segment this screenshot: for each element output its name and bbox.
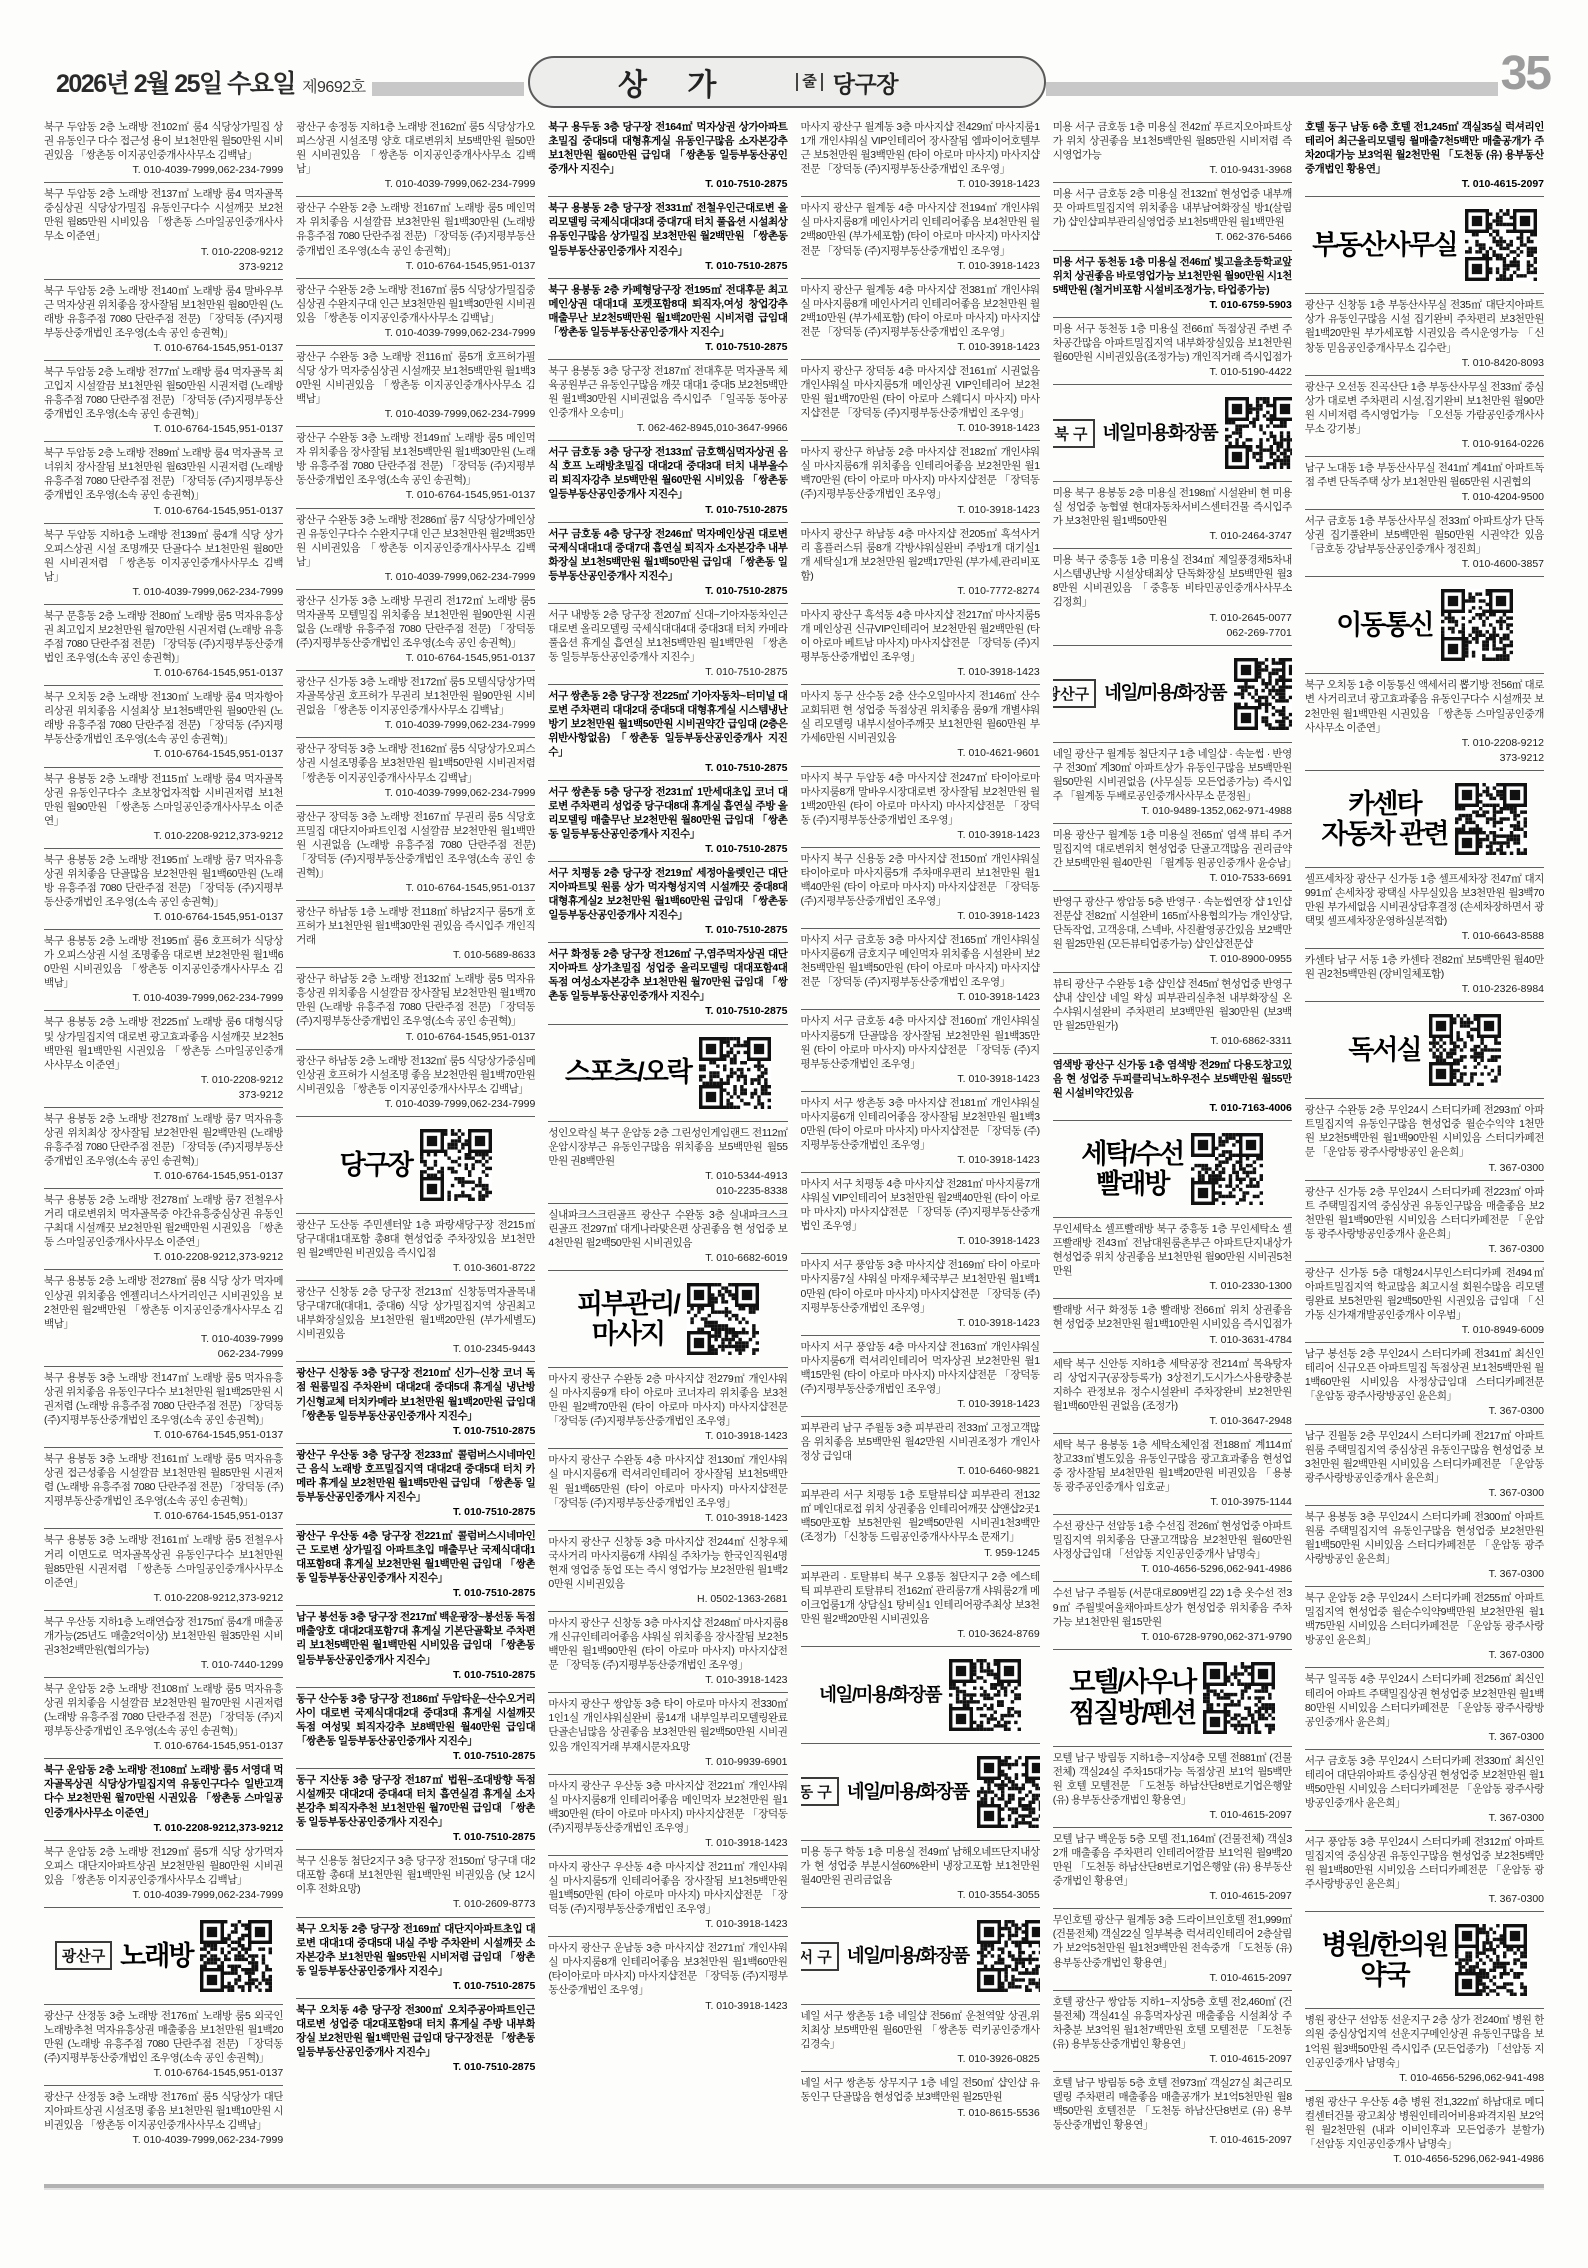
classified-ad: 마사지 광산구 운남동 3층 마사지샵 전271㎡ 개인샤워실 마사지룸8개 인… — [548, 1936, 787, 2017]
classified-ad: 마사지 서구 풍암동 3층 마사지샵 전169㎡ 타이 아로마 마사지룸7실 샤… — [801, 1253, 1040, 1334]
section-header: 서 구네일/미용/화장품 — [801, 1907, 1040, 2004]
section-header-title: 네일/미용/화장품 — [1104, 683, 1226, 704]
classified-ad: 북구 운암동 2층 노래방 전108㎡ 노래방 룸5 서영대 먹자골목상권 식당… — [44, 1758, 283, 1839]
ad-text: 실내파크스크린골프 광산구 수완동 3층 실내파크스크린골프 전297㎡ 대게나… — [548, 1209, 787, 1249]
district-box-label: 광산구 — [55, 1941, 112, 1970]
ad-phone: T. 010-7510-2875 — [548, 1004, 787, 1018]
classified-ad: 광산구 수완동 3층 노래방 전116㎡ 룸5개 호프허가필 식당 상가 먹자중… — [296, 345, 535, 426]
classified-ad: 마사지 광산구 우산동 3층 마사지샵 전221㎡ 개인샤워실 마사지룸8개 인… — [548, 1774, 787, 1855]
ad-text: 광산구 수완동 3층 노래방 전149㎡ 노래방 룸5 메인먹자 위치좋음 장사… — [296, 432, 535, 486]
ad-text: 마사지 광산구 수완동 4층 마사지샵 전130㎡ 개인샤워실 마시지룸6개 럭… — [548, 1454, 787, 1508]
ad-text: 북구 용두동 3층 당구장 전164㎡ 먹자상권 상가아파트초밀집 중대5대 대… — [548, 121, 787, 175]
qr-code-icon — [977, 1920, 1040, 1992]
column-2: 광산구 송정동 지하1층 노래방 전162㎡ 룸5 식당상가오피스상권 시설조명… — [296, 116, 535, 2178]
ad-text: 무인호텔 광산구 월계동 3층 드라이브인호텔 전1,999㎡ (건물전체) 객… — [1053, 1914, 1292, 1968]
qr-code-icon — [1234, 658, 1292, 730]
classified-ad: 세탁 북구 용봉동 1층 세탁소체인점 전188㎡ 계114㎡ 창고33㎡별도있… — [1053, 1433, 1292, 1514]
qr-code-icon — [1455, 1924, 1527, 1996]
section-header-title: 병원/한의원약국 — [1321, 1930, 1447, 1990]
ad-text: 서구 금호동 3층 무인24시 스터디카페 전330㎡ 최신인테리어 대단위아파… — [1305, 1755, 1544, 1809]
ad-text: 미용 서구 동천동 1층 미용실 전46㎡ 빛고을초등학교앞 위치 상권좋음 바… — [1053, 256, 1292, 296]
ad-text: 셀프세차장 광산구 신가동 1층 셀프세차장 전47㎡ 대지991㎡ 손세차장 … — [1305, 873, 1544, 927]
ad-text: 호텔 남구 방림동 5층 호텔 전973㎡ 객실27실 최근리모델링 주차편리 … — [1053, 2077, 1292, 2131]
classified-ad: 빨래방 서구 화정동 1층 빨래방 전66㎡ 위치 상권좋음 현 성업중 보2천… — [1053, 1298, 1292, 1351]
classified-ad: 북구 오치동 1층 이동통신 액세서리 뽑기방 전56㎡ 대로변 사거리코너 광… — [1305, 673, 1544, 769]
ad-text: 광산구 장덕동 3층 노래방 전167㎡ 무권리 룸5 식당호프밀집 대단지아파… — [296, 811, 535, 879]
qr-code-icon — [1429, 1014, 1501, 1086]
section-header-title: 스포츠/오락 — [565, 1057, 691, 1087]
ad-phone: T. 010-9939-6901 — [548, 1755, 787, 1769]
masthead-rule-left — [372, 82, 524, 96]
classified-ad: 북구 용봉동 2층 노래방 전115㎡ 노래방 룸4 먹자골목상권 유동인구다수… — [44, 767, 283, 848]
qr-code-icon — [420, 1129, 492, 1201]
ad-phone: T. 010-4039-7999,062-234-7999 — [44, 991, 283, 1005]
ad-phone: T. 010-4039-7999,062-234-7999 — [44, 2133, 283, 2147]
ad-phone: T. 367-0300 — [1305, 1404, 1544, 1418]
ad-phone: T. 010-3918-1423 — [801, 828, 1040, 842]
ad-text: 마사지 광산구 우산동 3층 마사지샵 전221㎡ 개인샤워실 마사지룸8개 인… — [548, 1780, 787, 1834]
ad-text: 무인세탁소 셀프빨래방 북구 중흥동 1층 무인세탁소 셀프빨래방 전43㎡ 전… — [1053, 1223, 1292, 1277]
section-header-title: 세탁/수선빨래방 — [1081, 1139, 1183, 1199]
qr-code-icon — [1191, 1133, 1263, 1205]
classified-ad: 마사지 서구 풍암동 4층 마사지샵 전163㎡ 개인샤워실 마사지룸6개 럭셔… — [801, 1335, 1040, 1416]
ad-phone: T. 010-4615-2097 — [1053, 1808, 1292, 1822]
ad-text: 마사지 서구 풍암동 3층 마사지샵 전169㎡ 타이 아로마 마사지룸7실 샤… — [801, 1259, 1040, 1313]
ad-phone: T. 010-6764-1545,951-0137 — [44, 422, 283, 436]
classified-ad: 미용 북구 중흥동 1층 미용실 전34㎡ 제일풍경채5차내 시스템냉난방 시설… — [1053, 548, 1292, 644]
ad-phone: T. 010-3918-1423 — [548, 1673, 787, 1687]
ad-phone: T. 010-2345-9443 — [296, 1342, 535, 1356]
ad-phone: T. 010-3918-1423 — [801, 177, 1040, 191]
classified-ad: 남구 봉선동 3층 당구장 전217㎡ 백운광장~봉선동 독점 매출양호 대대2… — [296, 1605, 535, 1686]
ad-phone: T. 010-3918-1423 — [548, 1429, 787, 1443]
ad-phone: T. 010-6764-1545,951-0137 — [44, 2066, 283, 2080]
ad-text: 북구 용봉동 2층 노래방 전225㎡ 노래방 룸6 대형식당 및 상가밀집지역… — [44, 1016, 283, 1070]
ad-text: 광산구 수완동 2층 무인24시 스터디카페 전293㎡ 아파트밀집지역 유동인… — [1305, 1104, 1544, 1158]
ad-phone: T. 010-6643-8588 — [1305, 929, 1544, 943]
ad-text: 북구 용봉동 2층 당구장 전331㎡ 전철우인근대로변 올리모델링 국제식대대… — [548, 202, 787, 256]
ad-text: 모텔 남구 백운동 5층 모텔 전1,164㎡ (건물전체) 객실32개 매출좋… — [1053, 1833, 1292, 1887]
classified-ad: 호텔 남구 방림동 5층 호텔 전973㎡ 객실27실 최근리모델링 주차편리 … — [1053, 2071, 1292, 2152]
column-1: 북구 두암동 2층 노래방 전102㎡ 룸4 식당상가밀집 상권 유동인구 다수… — [44, 116, 283, 2178]
ad-phone: T. 367-0300 — [1305, 1892, 1544, 1906]
classified-ad: 광산구 신창동 3층 당구장 전210㎡ 신가~신창 코너 독점 원룸밀집 주차… — [296, 1361, 535, 1442]
section-header: 카센타자동차 관련 — [1305, 770, 1544, 867]
ad-phone: T. 010-3918-1423 — [548, 1917, 787, 1931]
issue-number: 제9692호 — [302, 79, 366, 96]
classified-ad: 광산구 우산동 3층 당구장 전233㎡ 콜럼버스시네마인근 음식 노래방 호프… — [296, 1443, 535, 1524]
ad-phone: T. 010-7510-2875 — [548, 584, 787, 598]
ad-phone: T. 010-6764-1545,951-0137 — [44, 1739, 283, 1753]
ad-text: 광산구 신가동 2층 무인24시 스터디카페 전223㎡ 아파트 주택밀집지역 … — [1305, 1186, 1544, 1240]
qr-code-icon — [1455, 783, 1527, 855]
ad-text: 북구 용봉동 2층 노래방 전278㎡ 노래방 룸7 먹자유흥상권 위치최상 장… — [44, 1113, 283, 1167]
ad-text: 광산구 도산동 주민센터앞 1층 파랑새당구장 전215㎡ 당구대대1대포함 총… — [296, 1219, 535, 1259]
ad-text: 북구 용봉동 2층 노래방 전195㎡ 룸6 호프허가 식당상가 오피스상권 시… — [44, 935, 283, 989]
section-header-title: 부동산사무실 — [1312, 230, 1457, 260]
page-number: 35 — [1501, 46, 1550, 101]
classified-ad: 광산구 장덕동 3층 노래방 전167㎡ 무권리 룸5 식당호프밀집 대단지아파… — [296, 805, 535, 900]
classified-ad: 네일 광산구 월계동 첨단지구 1층 네일샵 · 속눈썹 · 반영구 전30㎡ … — [1053, 742, 1292, 823]
classified-ad: 북구 용봉동 3층 무인24시 스터디카페 전300㎡ 아파트 원룸 주택밀집지… — [1305, 1505, 1544, 1586]
classified-ad: 북구 두암동 2층 노래방 전77㎡ 노래방 룸4 먹자골목 최고입지 시설깔끔… — [44, 360, 283, 441]
ad-phone: T. 010-3918-1423 — [548, 1999, 787, 2013]
ad-text: 마사지 서구 금호동 3층 마사지샵 전165㎡ 개인샤워실 마사지룸6개 금호… — [801, 934, 1040, 988]
classified-ad: 피부관리 남구 주월동 3층 피부관리 전33㎡ 고정고객많음 위치좋음 보5백… — [801, 1416, 1040, 1483]
classified-ad: 마사지 서구 쌍촌동 3층 마사지샵 전181㎡ 개인샤워실 마사지룸6개 인테… — [801, 1091, 1040, 1172]
classified-ad: 동구 산수동 3층 당구장 전186㎡ 두암타운~산수오거리사이 대로변 국제식… — [296, 1687, 535, 1768]
ad-phone: T. 010-7533-6691 — [1053, 871, 1292, 885]
classified-ad: 무인호텔 광산구 월계동 3층 드라이브인호텔 전1,999㎡ (건물전체) 객… — [1053, 1908, 1292, 1989]
section-header: 부동산사무실 — [1305, 196, 1544, 293]
classified-ad: 마사지 광산구 월계동 4층 마사지샵 전194㎡ 개인샤워실 마사지룸8개 메… — [801, 196, 1040, 277]
classified-ad: 반영구 광산구 쌍암동 5층 반영구 · 속눈썹연장 샵 1인샵전문샵 전82㎡… — [1053, 890, 1292, 971]
ad-phone-secondary: 062-269-7701 — [1053, 626, 1292, 640]
classified-ad: 북구 두암동 2층 노래방 전89㎡ 노래방 룸4 먹자골목 코너위치 장사잘됨… — [44, 441, 283, 522]
ad-text: 성인오락실 북구 운암동 2층 그린성인게임랜드 전112㎡ 운암시장부근 유동… — [548, 1127, 787, 1167]
ad-phone: T. 010-3926-0825 — [801, 2052, 1040, 2066]
ad-text: 북구 두암동 2층 노래방 전140㎡ 노래방 룸4 말바우부근 먹자상권 위치… — [44, 285, 283, 339]
ad-text: 남구 노대동 1층 부동산사무실 전41㎡ 계41㎡ 아파트독점 주변 단독주택… — [1305, 462, 1544, 488]
classified-ad: 광산구 하남동 2층 노래방 전132㎡ 룸5 식당상가중심메인상권 호프허가 … — [296, 1049, 535, 1116]
ad-text: 북구 용봉동 2층 노래방 전278㎡ 노래방 룸7 전철우사거리 대로변위치 … — [44, 1194, 283, 1248]
ad-text: 북구 두암동 2층 노래방 전89㎡ 노래방 룸4 먹자골목 코너위치 장사잘됨… — [44, 447, 283, 501]
ad-phone: T. 010-4615-2097 — [1053, 1889, 1292, 1903]
ad-phone: T. 010-8900-0955 — [1053, 952, 1292, 966]
ad-phone: T. 010-7510-2875 — [548, 177, 787, 191]
ad-phone: T. 010-8615-5536 — [801, 2106, 1040, 2120]
ad-text: 북구 용봉동 3층 무인24시 스터디카페 전300㎡ 아파트 원룸 주택밀집지… — [1305, 1511, 1544, 1565]
classified-ad: 광산구 우산동 4층 당구장 전221㎡ 콜럼버스시네마인근 도로변 상가밀집 … — [296, 1524, 535, 1605]
date-line: 2026년 2월 25일 수요일제9692호 — [56, 64, 366, 100]
classified-ad: 미용 북구 용봉동 2층 미용실 전198㎡ 시설완비 현 미용실 성업중 농협… — [1053, 481, 1292, 548]
classified-ad: 서구 풍암동 3층 무인24시 스터디카페 전312㎡ 아파트밀집지역 중심상권… — [1305, 1830, 1544, 1911]
district-box-label: 동 구 — [801, 1777, 839, 1806]
ad-phone: T. 010-7510-2875 — [296, 1424, 535, 1438]
ad-phone: T. 010-3918-1423 — [801, 340, 1040, 354]
ad-phone: T. 010-4039-7999 — [44, 1332, 283, 1346]
ad-text: 동구 산수동 3층 당구장 전186㎡ 두암타운~산수오거리사이 대로변 국제식… — [296, 1693, 535, 1747]
classified-ad: 북구 오치동 2층 당구장 전169㎡ 대단지아파트초입 대로변 대대1대 중대… — [296, 1917, 535, 1998]
ad-text: 광산구 신가동 5층 대형24시무인스터디카페 전494㎡ 아파트밀집지역 학교… — [1305, 1267, 1544, 1321]
ad-phone: T. 010-3647-2948 — [1053, 1414, 1292, 1428]
ad-text: 미용 광산구 월계동 1층 미용실 전65㎡ 염색 뷰티 주거밀집지역 대로변위… — [1053, 829, 1292, 869]
classified-ad: 광산구 수완동 2층 노래방 전167㎡ 룸5 식당상가밀집중심상권 수완지구대… — [296, 278, 535, 345]
ad-text: 마사지 서구 금호동 4층 마사지샵 전160㎡ 개인샤워실 마사지룸5개 단골… — [801, 1015, 1040, 1069]
ad-text: 호텔 동구 남동 6층 호텔 전1,245㎡ 객실35실 럭셔리인테리어 최근올… — [1305, 121, 1544, 175]
classified-ad: 셀프세차장 광산구 신가동 1층 셀프세차장 전47㎡ 대지991㎡ 손세차장 … — [1305, 867, 1544, 948]
ad-phone: T. 010-6728-9790,062-371-9790 — [1053, 1630, 1292, 1644]
section-header-title: 네일/미용/화장품 — [847, 1782, 969, 1803]
section-header-title: 노래방 — [120, 1941, 192, 1971]
ad-text: 서구 치평동 2층 당구장 전219㎡ 세정아울렛인근 대단지아파트및 원룸 상… — [548, 867, 787, 921]
ad-phone: T. 010-7163-4006 — [1053, 1101, 1292, 1115]
ad-phone: T. 010-7510-2875 — [296, 1505, 535, 1519]
ad-text: 남구 진월동 2층 무인24시 스터디카페 전217㎡ 아파트 원룸 주택밀집지… — [1305, 1430, 1544, 1484]
classified-ad: 마사지 북구 신용동 2층 마사지샵 전150㎡ 개인샤워실 타이아로마 마사지… — [801, 847, 1040, 928]
classified-ad: 북구 용두동 3층 당구장 전164㎡ 먹자상권 상가아파트초밀집 중대5대 대… — [548, 116, 787, 196]
ad-phone: T. 010-3918-1423 — [548, 1511, 787, 1525]
classified-ad: 마사지 광산구 수완동 4층 마사지샵 전130㎡ 개인샤워실 마시지룸6개 럭… — [548, 1448, 787, 1529]
classified-ad: 병원 광산구 우산동 4층 병원 전1,322㎡ 하남대로 메디컬센터건물 광고… — [1305, 2090, 1544, 2171]
ad-phone: T. 010-4600-3857 — [1305, 557, 1544, 571]
ad-phone: T. 010-4039-7999,062-234-7999 — [44, 585, 283, 599]
ad-phone: T. 010-4656-5296,062-941-4986 — [1053, 1562, 1292, 1576]
ad-phone: T. 010-8420-8093 — [1305, 356, 1544, 370]
section-header: 세탁/수선빨래방 — [1053, 1120, 1292, 1217]
ad-text: 북구 용봉동 2층 노래방 전195㎡ 노래방 룸7 먹자유흥상권 위치좋음 단… — [44, 854, 283, 908]
ad-phone: T. 010-4656-5296,062-941-498 — [1305, 2071, 1544, 2085]
ad-phone: T. 010-4615-2097 — [1305, 177, 1544, 191]
classified-ad: 광산구 하남동 1층 노래방 전118㎡ 하남2지구 룸5개 호프허가 보1천만… — [296, 900, 535, 967]
classified-ad: 광산구 수완동 2층 노래방 전167㎡ 노래방 룸5 메인먹자 위치좋음 시설… — [296, 196, 535, 277]
ad-phone: T. 010-2208-9212 — [44, 245, 283, 259]
classified-ad: 마사지 광산구 우산동 4층 마사지샵 전211㎡ 개인샤워실 마사지룸5개 인… — [548, 1855, 787, 1936]
ad-phone: T. 010-3918-1423 — [801, 665, 1040, 679]
ad-phone: T. 010-2208-9212,373-9212 — [44, 1821, 283, 1835]
ad-text: 광산구 하남동 2층 노래방 전132㎡ 노래방 룸5 먹자유흥상권 위치좋음 … — [296, 973, 535, 1027]
section-header: 이동통신 — [1305, 576, 1544, 673]
ad-text: 광산구 신가동 3층 노래방 무권리 전172㎡ 노래방 룸5 먹자골목 모텔밀… — [296, 595, 535, 649]
classified-ad: 무인세탁소 셀프빨래방 북구 중흥동 1층 무인세탁소 셀프빨래방 전43㎡ 전… — [1053, 1217, 1292, 1298]
classified-ad: 북구 오치동 2층 노래방 전130㎡ 노래방 룸4 먹자항아리상권 위치좋음 … — [44, 685, 283, 766]
classified-ad: 실내파크스크린골프 광산구 수완동 3층 실내파크스크린골프 전297㎡ 대게나… — [548, 1203, 787, 1270]
ad-phone: T. 010-2464-3747 — [1053, 529, 1292, 543]
ad-text: 광산구 우산동 4층 당구장 전221㎡ 콜럼버스시네마인근 도로변 상가밀집 … — [296, 1530, 535, 1584]
ad-text: 북구 운암동 2층 노래방 전108㎡ 노래방 룸5 먹자유흥상권 위치좋음 시… — [44, 1683, 283, 1737]
ad-text: 북구 오치동 2층 당구장 전169㎡ 대단지아파트초입 대로변 대대1대 중대… — [296, 1923, 535, 1977]
ad-phone: T. 010-4621-9601 — [801, 746, 1040, 760]
ad-phone: T. 367-0300 — [1305, 1811, 1544, 1825]
ad-phone: T. 010-9164-0226 — [1305, 437, 1544, 451]
ad-text: 북구 두암동 2층 노래방 전77㎡ 노래방 룸4 먹자골목 최고입지 시설깔끔… — [44, 366, 283, 420]
ad-text: 미용 북구 중흥동 1층 미용실 전34㎡ 제일풍경채5차내 시스템냉난방 시설… — [1053, 554, 1292, 608]
ad-text: 네일 광산구 월계동 첨단지구 1층 네일샵 · 속눈썹 · 반영구 전30㎡ … — [1053, 748, 1292, 802]
classified-ad: 서구 금호동 1층 부동산사무실 전33㎡ 아파트상가 단독상권 집기풀완비 보… — [1305, 509, 1544, 576]
classified-ad: 광산구 수완동 2층 무인24시 스터디카페 전293㎡ 아파트밀집지역 유동인… — [1305, 1098, 1544, 1179]
ad-text: 미용 동구 학동 1층 미용실 전49㎡ 남해오네뜨단지내상가 현 성업중 부분… — [801, 1846, 1040, 1886]
section-header: 독서실 — [1305, 1001, 1544, 1098]
ad-phone: T. 010-4039-7999,062-234-7999 — [44, 1888, 283, 1902]
ad-text: 마사지 북구 두암동 4층 마사지샵 전247㎡ 타이아로마 마사지룸8개 말바… — [801, 772, 1040, 826]
ad-phone: T. 010-7510-2875 — [296, 1979, 535, 1993]
ad-text: 마사지 광산구 월계동 4층 마사지샵 전381㎡ 개인샤워실 마사지룸8개 메… — [801, 284, 1040, 338]
ad-text: 네일 서구 쌍촌동 상무지구 1층 네일 전50㎡ 샵인샵 유동인구 단골많음 … — [801, 2077, 1040, 2103]
ad-phone: T. 010-4615-2097 — [1053, 2052, 1292, 2066]
ad-phone: T. 010-3918-1423 — [801, 909, 1040, 923]
ad-phone: T. 010-6764-1545,951-0137 — [296, 881, 535, 895]
ad-text: 북구 오치동 1층 이동통신 액세서리 뽑기방 전56㎡ 대로변 사거리코너 광… — [1305, 679, 1544, 733]
ad-phone: T. 010-3624-8769 — [801, 1627, 1040, 1641]
ad-text: 마사지 서구 쌍촌동 3층 마사지샵 전181㎡ 개인샤워실 마사지룸6개 인테… — [801, 1097, 1040, 1151]
ad-phone: T. 010-9431-3968 — [1053, 163, 1292, 177]
ad-text: 북구 용봉동 2층 노래방 전278㎡ 룸8 식당 상가 먹자메인상권 위치좋음… — [44, 1275, 283, 1329]
ad-phone: T. 367-0300 — [1305, 1730, 1544, 1744]
ad-text: 수선 남구 주월동 (서문대로809번길 22) 1층 옷수선 전39㎡ 주월빛… — [1053, 1587, 1292, 1627]
ad-text: 피부관리 · 토탈뷰티 북구 오룡동 첨단지구 2층 에스테틱 피부관리 토탈뷰… — [801, 1571, 1040, 1625]
ad-text: 북구 문흥동 2층 노래방 전80㎡ 노래방 룸5 먹자유흥상권 최고입지 보2… — [44, 610, 283, 664]
ad-phone: T. 010-7510-2875 — [548, 259, 787, 273]
classified-ad: 북구 용봉동 2층 당구장 전331㎡ 전철우인근대로변 올리모델링 국제식대대… — [548, 196, 787, 277]
ad-phone: T. 010-4204-9500 — [1305, 490, 1544, 504]
classified-ad: 북구 운암동 2층 노래방 전129㎡ 룸5개 식당 상가먹자 오피스 대단지아… — [44, 1840, 283, 1907]
ad-text: 서구 금호동 1층 부동산사무실 전33㎡ 아파트상가 단독상권 집기풀완비 보… — [1305, 515, 1544, 555]
ad-phone: T. 010-4615-2097 — [1053, 1971, 1292, 1985]
ad-phone: T. 010-2208-9212,373-9212 — [44, 1250, 283, 1264]
ad-phone: T. 010-6764-1545,951-0137 — [44, 1169, 283, 1183]
ad-text: 미용 북구 용봉동 2층 미용실 전198㎡ 시설완비 현 미용실 성업중 농협… — [1053, 487, 1292, 527]
ad-text: 광산구 신창동 3층 당구장 전210㎡ 신가~신창 코너 독점 원룸밀집 주차… — [296, 1367, 535, 1421]
ad-phone: T. 010-5689-8633 — [296, 948, 535, 962]
classified-ad: 서구 금호동 4층 당구장 전246㎡ 먹자메인상권 대로변 국제식대대1대 중… — [548, 522, 787, 603]
classified-ad: 피부관리 서구 치평동 1층 토탈뷰티샵 피부관리 전132㎡ 메인대로접 위치… — [801, 1483, 1040, 1564]
ad-phone: T. 010-3975-1144 — [1053, 1495, 1292, 1509]
classified-ad: 병원 광산구 선암동 선운지구 2층 상가 전240㎡ 병원 한의원 중심상업지… — [1305, 2008, 1544, 2089]
qr-code-icon — [200, 1920, 272, 1992]
ad-phone: T. 010-8949-6009 — [1305, 1323, 1544, 1337]
ad-phone: T. 010-3918-1423 — [801, 503, 1040, 517]
classified-columns: 북구 두암동 2층 노래방 전102㎡ 룸4 식당상가밀집 상권 유동인구 다수… — [44, 116, 1544, 2178]
section-header-title: 카센타자동차 관련 — [1321, 789, 1447, 849]
classified-ad: 미용 광산구 월계동 1층 미용실 전65㎡ 염색 뷰티 주거밀집지역 대로변위… — [1053, 823, 1292, 890]
ad-phone: T. 010-5190-4422 — [1053, 365, 1292, 379]
classified-ad: 북구 용봉동 2층 노래방 전195㎡ 노래방 룸7 먹자유흥상권 위치좋음 단… — [44, 848, 283, 929]
ad-phone: T. 010-7510-2875 — [296, 1586, 535, 1600]
ad-text: 호텔 광산구 쌍암동 지하1~지상5층 호텔 전2,460㎡ (건물전체) 객실… — [1053, 1996, 1292, 2050]
ad-text: 뷰티 광산구 수완동 1층 샵인샵 전45㎡ 현성업중 반영구샵내 샵인샵 네일… — [1053, 978, 1292, 1032]
classified-ad: 남구 진월동 2층 무인24시 스터디카페 전217㎡ 아파트 원룸 주택밀집지… — [1305, 1424, 1544, 1505]
ad-phone: T. 367-0300 — [1305, 1567, 1544, 1581]
ad-text: 북구 운암동 2층 노래방 전108㎡ 노래방 룸5 서영대 먹자골목상권 식당… — [44, 1764, 283, 1818]
ad-text: 마사지 동구 산수동 2층 산수오일마사지 전146㎡ 산수교회뒤편 현 성업중… — [801, 690, 1040, 744]
classified-ad: 마사지 광산구 하남동 2층 마사지샵 전182㎡ 개인샤워실 마사지룸6개 위… — [801, 440, 1040, 521]
section-title: 상 가 — [618, 60, 732, 104]
ad-text: 광산구 수완동 2층 노래방 전167㎡ 룸5 식당상가밀집중심상권 수완지구대… — [296, 284, 535, 324]
ad-text: 북구 운암동 2층 노래방 전129㎡ 룸5개 식당 상가먹자 오피스 대단지아… — [44, 1846, 283, 1886]
classified-ad: 네일 서구 쌍촌동 1층 네일샵 전56㎡ 운천역앞 상권,위치최상 보5백만원… — [801, 2004, 1040, 2071]
section-header: 피부관리/마사지 — [548, 1270, 787, 1367]
classified-ad: 북구 용봉동 3층 노래방 전147㎡ 노래방 룸5 먹자유흥상권 위치좋음 유… — [44, 1366, 283, 1447]
ad-phone: T. 010-6764-1545,951-0137 — [296, 1030, 535, 1044]
classified-ad: 염색방 광산구 신가동 1층 염색방 전29㎡ 다용도창고있음 현 성업중 두피… — [1053, 1053, 1292, 1120]
ad-phone: T. 010-3918-1423 — [548, 1836, 787, 1850]
classified-ad: 카센타 남구 서동 1층 카센타 전82㎡ 보5백만원 월40만원 권2천5백만… — [1305, 948, 1544, 1001]
ad-phone: T. 010-7510-2875 — [548, 761, 787, 775]
ad-phone: T. 010-7510-2875 — [548, 340, 787, 354]
section-header: 스포츠/오락 — [548, 1024, 787, 1121]
ad-phone: T. 010-6764-1545,951-0137 — [296, 488, 535, 502]
ad-phone: T. 010-4615-2097 — [1053, 2133, 1292, 2147]
section-header: 광산구네일/미용/화장품 — [1053, 645, 1292, 742]
ad-phone: T. 010-4039-7999,062-234-7999 — [296, 177, 535, 191]
ad-text: 광산구 신창동 2층 당구장 전213㎡ 신창동먹자골목내 당구대7대(대대1,… — [296, 1286, 535, 1340]
qr-code-icon — [949, 1659, 1021, 1731]
classified-ad: 서구 금호동 3층 무인24시 스터디카페 전330㎡ 최신인테리어 대단위아파… — [1305, 1749, 1544, 1830]
classified-ad: 호텔 동구 남동 6층 호텔 전1,245㎡ 객실35실 럭셔리인테리어 최근올… — [1305, 116, 1544, 196]
section-header-title: 네일미용화장품 — [1103, 423, 1218, 444]
section-header: 병원/한의원약국 — [1305, 1911, 1544, 2008]
classified-ad: 광산구 장덕동 3층 노래방 전162㎡ 룸5 식당상가오피스상권 시설조명좋음… — [296, 737, 535, 804]
classified-ad: 북구 두암동 지하1층 노래방 전139㎡ 룸4개 식당 상가 오피스상권 시설… — [44, 523, 283, 604]
classified-ad: 북구 용봉동 3층 노래방 전161㎡ 노래방 룸5 전철우사거리 이면도로 먹… — [44, 1528, 283, 1609]
ad-phone: T. 010-3631-4784 — [1053, 1333, 1292, 1347]
ad-phone: T. 367-0300 — [1305, 1242, 1544, 1256]
classified-ad: 마사지 광산구 쌍암동 3층 타이 아로마 마사지 전330㎡ 1인1실 개인샤… — [548, 1692, 787, 1773]
ad-phone: T. 010-6862-3311 — [1053, 1034, 1292, 1048]
ad-text: 반영구 광산구 쌍암동 5층 반영구 · 속눈썹연장 샵 1인샵전문샵 전82㎡… — [1053, 896, 1292, 950]
ad-text: 마사지 광산구 하남동 4층 마사지샵 전205㎡ 흑석사거리 홈플러스뒤 룸8… — [801, 528, 1040, 582]
qr-code-icon — [1203, 1662, 1275, 1734]
ad-text: 마사지 광산구 흑석동 4층 마사지샵 전217㎡ 마사지룸5개 메인상권 신규… — [801, 609, 1040, 663]
ad-phone: H. 0502-1363-2681 — [548, 1592, 787, 1606]
classified-ad: 뷰티 광산구 수완동 1층 샵인샵 전45㎡ 현성업중 반영구샵내 샵인샵 네일… — [1053, 972, 1292, 1053]
ad-phone: T. 010-2208-9212 — [44, 1073, 283, 1087]
column-6: 호텔 동구 남동 6층 호텔 전1,245㎡ 객실35실 럭셔리인테리어 최근올… — [1305, 116, 1544, 2178]
ad-text: 마사지 북구 신용동 2층 마사지샵 전150㎡ 개인샤워실 타이아로마 마사지… — [801, 853, 1040, 907]
classified-ad: 북구 일곡동 4층 무인24시 스터디카페 전256㎡ 최신인테리어 아파트 주… — [1305, 1667, 1544, 1748]
classified-ad: 북구 두암동 2층 노래방 전102㎡ 룸4 식당상가밀집 상권 유동인구 다수… — [44, 116, 283, 182]
ad-text: 마사지 광산구 하남동 2층 마사지샵 전182㎡ 개인샤워실 마사지룸6개 위… — [801, 446, 1040, 500]
classified-ad: 광산구 신가동 3층 노래방 무권리 전172㎡ 노래방 룸5 먹자골목 모텔밀… — [296, 589, 535, 670]
ad-phone: T. 367-0300 — [1305, 1648, 1544, 1662]
classified-ad: 마사지 광산구 신창동 3층 마사지샵 전248㎡ 마사지룸8개 신규인테리어좋… — [548, 1611, 787, 1692]
classified-ad: 서구 금호동 3층 당구장 전133㎡ 금호핵심먹자상권 음식 호프 노래방초밀… — [548, 440, 787, 521]
ad-text: 광산구 하남동 1층 노래방 전118㎡ 하남2지구 룸5개 호프허가 보1천만… — [296, 906, 535, 946]
ad-text: 광산구 하남동 2층 노래방 전132㎡ 룸5 식당상가중심메인상권 호프허가 … — [296, 1055, 535, 1095]
ad-phone: T. 010-6764-1545,951-0137 — [44, 666, 283, 680]
date-text: 2026년 2월 25일 수요일 — [56, 70, 295, 98]
ad-text: 마사지 광산구 장덕동 4층 마사지샵 전161㎡ 시권없음 개인샤워실 마사지… — [801, 365, 1040, 419]
ad-phone: T. 367-0300 — [1305, 1486, 1544, 1500]
ad-phone: T. 010-7510-2875 — [296, 1749, 535, 1763]
classified-ad: 마사지 광산구 월계동 4층 마사지샵 전381㎡ 개인샤워실 마사지룸8개 메… — [801, 278, 1040, 359]
ad-phone-secondary: 373-9212 — [44, 1088, 283, 1102]
ad-text: 미용 서구 금호동 1층 미용실 전42㎡ 푸르지오아파트상가 위치 상권좋음 … — [1053, 121, 1292, 161]
ad-text: 광산구 송정동 지하1층 노래방 전162㎡ 룸5 식당상가오피스상권 시설조명… — [296, 121, 535, 175]
ad-text: 마사지 광산구 월계동 4층 마사지샵 전194㎡ 개인샤워실 마사지룸8개 메… — [801, 202, 1040, 256]
ad-phone: T. 010-2609-8773 — [296, 1897, 535, 1911]
classified-ad: 북구 운암동 2층 무인24시 스터디카페 전255㎡ 아파트밀집지역 현성업중… — [1305, 1586, 1544, 1667]
footer-rule — [44, 2184, 1544, 2190]
ad-text: 서구 화정동 2층 당구장 전126㎡ 구,염주먹자상권 대단지아파트 상가초밀… — [548, 948, 787, 1002]
ad-text: 북구 용봉동 3층 당구장 전187㎡ 전대후문 먹자골목 체육공원부근 유동인… — [548, 365, 787, 419]
ad-text: 북구 운암동 2층 무인24시 스터디카페 전255㎡ 아파트밀집지역 현성업중… — [1305, 1592, 1544, 1646]
ad-text: 북구 용봉동 3층 노래방 전161㎡ 노래방 룸5 먹자유흥상권 접근성좋음 … — [44, 1453, 283, 1507]
classified-ad: 북구 용봉동 2층 노래방 전278㎡ 노래방 룸7 먹자유흥상권 위치최상 장… — [44, 1107, 283, 1188]
ad-text: 네일 서구 쌍촌동 1층 네일샵 전56㎡ 운천역앞 상권,위치최상 보5백만원… — [801, 2010, 1040, 2050]
ad-text: 북구 두암동 지하1층 노래방 전139㎡ 룸4개 식당 상가 오피스상권 시설… — [44, 529, 283, 583]
ad-phone: T. 010-4039-7999,062-234-7999 — [296, 326, 535, 340]
classified-ad: 북구 문흥동 2층 노래방 전80㎡ 노래방 룸5 먹자유흥상권 최고입지 보2… — [44, 604, 283, 685]
ad-phone: T. 010-4039-7999,062-234-7999 — [296, 718, 535, 732]
classified-ad: 서구 쌍촌동 2층 당구장 전225㎡ 기아자동차~터미널 대로변 주차편리 대… — [548, 684, 787, 779]
ad-phone: T. 010-2208-9212 — [1305, 736, 1544, 750]
classified-ad: 마사지 광산구 월계동 3층 마사지샵 전429㎡ 마사지룸11개 개인샤워실 … — [801, 116, 1040, 196]
ad-phone: T. 010-7510-2875 — [296, 2060, 535, 2074]
qr-code-icon — [687, 1283, 759, 1355]
ad-phone: T. 010-3918-1423 — [801, 1397, 1040, 1411]
ad-phone: T. 010-6764-1545,951-0137 — [44, 747, 283, 761]
ad-text: 북구 용봉동 2층 카페형당구장 전195㎡ 전대후문 최고메인상권 대대1대 … — [548, 284, 787, 338]
ad-phone: T. 010-7510-2875 — [296, 1668, 535, 1682]
section-header-title: 독서실 — [1348, 1035, 1420, 1065]
ad-phone: T. 010-4039-7999,062-234-7999 — [296, 1097, 535, 1111]
classified-ad: 네일 서구 쌍촌동 상무지구 1층 네일 전50㎡ 샵인샵 유동인구 단골많음 … — [801, 2071, 1040, 2124]
ad-phone: T. 010-7510-2875 — [296, 1830, 535, 1844]
ad-text: 북구 우산동 지하1층 노래연습장 전175㎡ 룸4개 매출공개가능(25년도 … — [44, 1616, 283, 1656]
column-3: 북구 용두동 3층 당구장 전164㎡ 먹자상권 상가아파트초밀집 중대5대 대… — [548, 116, 787, 2178]
classified-ad: 광산구 하남동 2층 노래방 전132㎡ 노래방 룸5 먹자유흥상권 위치좋음 … — [296, 967, 535, 1048]
